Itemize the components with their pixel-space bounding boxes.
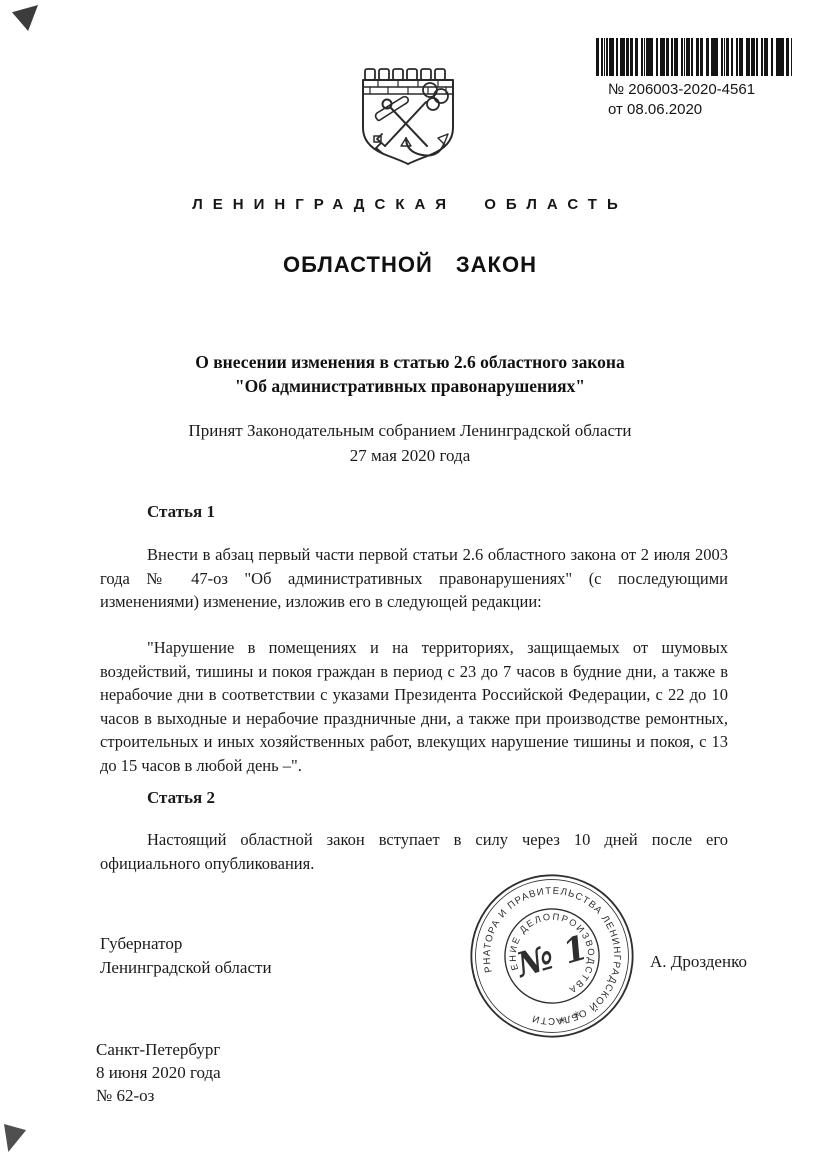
document-type-heading: ОБЛАСТНОЙ ЗАКОН [0,252,820,278]
document-footer: Санкт-Петербург 8 июня 2020 года № 62-оз [96,1038,221,1107]
adoption-statement: Принят Законодательным собранием Ленингр… [100,418,720,468]
corner-scan-artifact-top-left [12,5,38,31]
footer-city: Санкт-Петербург [96,1038,221,1061]
registration-date: от 08.06.2020 [608,101,796,119]
corner-scan-artifact-bottom-left [4,1124,28,1152]
law-title-line2: "Об административных правонарушениях" [100,374,720,398]
coat-of-arms-icon [360,66,456,171]
law-title-line1: О внесении изменения в статью 2.6 област… [100,350,720,374]
article-1-heading: Статья 1 [100,500,728,524]
signatory-position: Губернатор Ленинградской области [100,932,272,980]
law-title: О внесении изменения в статью 2.6 област… [100,350,720,398]
registration-block: № 206003-2020-4561 от 08.06.2020 [596,38,796,119]
article-1-paragraph: Внести в абзац первый части первой стать… [100,543,728,614]
region-name-heading: ЛЕНИНГРАДСКАЯ ОБЛАСТЬ [0,196,820,213]
adoption-line2: 27 мая 2020 года [100,443,720,468]
signatory-name: А. Дрозденко [650,952,747,972]
signatory-position-line2: Ленинградской области [100,956,272,980]
article-1-quoted-text: "Нарушение в помещениях и на территориях… [100,636,728,777]
barcode-image [596,38,792,76]
scanned-law-document: № 206003-2020-4561 от 08.06.2020 [0,0,820,1160]
footer-number: № 62-оз [96,1084,221,1107]
adoption-line1: Принят Законодательным собранием Ленингр… [100,418,720,443]
official-round-stamp: АДМИНИСТРАЦИЯ ГУБЕРНАТОРА И ПРАВИТЕЛЬСТВ… [468,872,636,1045]
article-2-paragraph: Настоящий областной закон вступает в сил… [100,828,728,875]
footer-date: 8 июня 2020 года [96,1061,221,1084]
article-2-heading: Статья 2 [100,786,728,810]
signatory-position-line1: Губернатор [100,932,272,956]
registration-number: № 206003-2020-4561 [608,81,796,99]
